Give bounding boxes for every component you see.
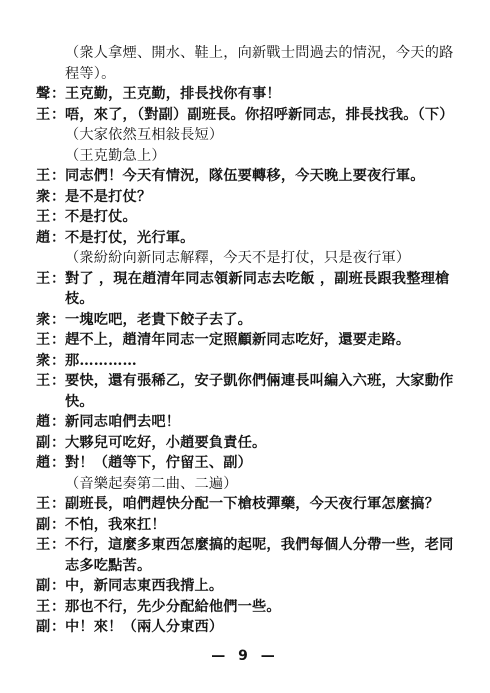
speaker-colon: ： bbox=[51, 330, 65, 351]
dialogue-line: 衆 ： 那………… bbox=[36, 351, 456, 372]
dialogue-text: 中，新同志東西我揹上。 bbox=[65, 576, 223, 597]
dialogue-text: 不行，這麼多東西怎麼搞的起呢，我們每個人分帶一些，老同 bbox=[65, 535, 453, 556]
speaker-colon: ： bbox=[51, 105, 65, 126]
speaker-name: 衆 bbox=[36, 351, 51, 372]
speaker-colon: ： bbox=[51, 412, 65, 433]
speaker-name: 王 bbox=[36, 166, 51, 187]
dialogue-line: 王 ： 同志們！今天有情況，隊伍要轉移，今天晚上要夜行軍。 bbox=[36, 166, 456, 187]
script-body: （衆人拿煙、開水、鞋上，向新戰士問過去的情況，今天的路 程等）。 聲 ： 王克勤… bbox=[36, 43, 456, 638]
dialogue-line: 副 ： 大夥兒可吃好，小趙要負責任。 bbox=[36, 433, 456, 454]
speaker-colon: ： bbox=[51, 433, 65, 454]
speaker-name: 王 bbox=[36, 330, 51, 351]
speaker-colon: ： bbox=[51, 228, 65, 249]
dialogue-line: 副 ： 中！來！（兩人分東西） bbox=[36, 617, 456, 638]
speaker-colon: ： bbox=[51, 166, 65, 187]
stage-direction: （大家依然互相敍長短） bbox=[36, 125, 456, 146]
speaker-colon: ： bbox=[51, 494, 65, 515]
speaker-colon: ： bbox=[51, 453, 65, 474]
dialogue-line: 王 ： 唔，來了，（對副）副班長。你招呼新同志，排長找我。（下） bbox=[36, 105, 456, 126]
speaker-name: 王 bbox=[36, 597, 51, 618]
dialogue-text: 對了 ，現在趙清年同志領新同志去吃飯 ，副班長跟我整理槍 bbox=[65, 269, 449, 290]
stage-direction-text: （衆人拿煙、開水、鞋上，向新戰士問過去的情況，今天的路 bbox=[65, 43, 453, 64]
stage-direction: （音樂起奏第二曲、二遍） bbox=[36, 474, 456, 495]
stage-direction: （衆人拿煙、開水、鞋上，向新戰士問過去的情況，今天的路 bbox=[36, 43, 456, 64]
dialogue-text: 志多吃點苦。 bbox=[65, 556, 151, 577]
stage-direction-text: （王克勤急上） bbox=[65, 146, 166, 167]
dialogue-text: 要快，還有張稀乙，安子凱你們倆連長叫編入六班，大家動作 bbox=[65, 371, 453, 392]
dialogue-text: 一塊吃吧，老貴下餃子去了。 bbox=[65, 310, 252, 331]
speaker-colon: ： bbox=[51, 187, 65, 208]
speaker-colon: ： bbox=[51, 597, 65, 618]
dialogue-line: 王 ： 那也不行，先少分配給他們一些。 bbox=[36, 597, 456, 618]
speaker-name: 趙 bbox=[36, 228, 51, 249]
speaker-colon: ： bbox=[51, 269, 65, 290]
dialogue-text: 新同志咱們去吧！ bbox=[65, 412, 180, 433]
stage-direction-text: （衆紛紛向新同志解釋，今天不是打仗，只是夜行軍） bbox=[65, 248, 410, 269]
stage-direction-text: （大家依然互相敍長短） bbox=[65, 125, 223, 146]
stage-direction: （王克勤急上） bbox=[36, 146, 456, 167]
speaker-colon: ： bbox=[51, 515, 65, 536]
speaker-colon: ： bbox=[51, 617, 65, 638]
stage-direction: （衆紛紛向新同志解釋，今天不是打仗，只是夜行軍） bbox=[36, 248, 456, 269]
speaker-name: 副 bbox=[36, 515, 51, 536]
dialogue-text: 不怕，我來扛！ bbox=[65, 515, 166, 536]
stage-direction: 程等）。 bbox=[36, 64, 456, 85]
dialogue-line: 王 ： 不行，這麼多東西怎麼搞的起呢，我們每個人分帶一些，老同 bbox=[36, 535, 456, 556]
speaker-name: 衆 bbox=[36, 310, 51, 331]
dialogue-line: 王 ： 副班長，咱們趕快分配一下槍枝彈藥，今天夜行軍怎麼搞？ bbox=[36, 494, 456, 515]
speaker-name: 王 bbox=[36, 207, 51, 228]
speaker-colon: ： bbox=[51, 84, 65, 105]
dialogue-line: 王 ： 要快，還有張稀乙，安子凱你們倆連長叫編入六班，大家動作 bbox=[36, 371, 456, 392]
dialogue-text: 大夥兒可吃好，小趙要負責任。 bbox=[65, 433, 266, 454]
dialogue-text: 唔，來了，（對副）副班長。你招呼新同志，排長找我。（下） bbox=[65, 105, 454, 126]
dialogue-text: 不是打仗。 bbox=[65, 207, 137, 228]
dialogue-text: 枝。 bbox=[65, 289, 94, 310]
dialogue-text: 那………… bbox=[65, 351, 137, 372]
dialogue-text: 同志們！今天有情況，隊伍要轉移，今天晚上要夜行軍。 bbox=[65, 166, 425, 187]
dialogue-line: 衆 ： 一塊吃吧，老貴下餃子去了。 bbox=[36, 310, 456, 331]
speaker-name: 王 bbox=[36, 371, 51, 392]
dialogue-continuation: 志多吃點苦。 bbox=[36, 556, 456, 577]
dialogue-line: 趙 ： 不是打仗，光行軍。 bbox=[36, 228, 456, 249]
dialogue-text: 王克勤，王克勤，排長找你有事！ bbox=[65, 84, 281, 105]
dialogue-line: 衆 ： 是不是打仗？ bbox=[36, 187, 456, 208]
dialogue-line: 聲 ： 王克勤，王克勤，排長找你有事！ bbox=[36, 84, 456, 105]
speaker-name: 衆 bbox=[36, 187, 51, 208]
dialogue-line: 副 ： 不怕，我來扛！ bbox=[36, 515, 456, 536]
stage-direction-text: 程等）。 bbox=[65, 64, 115, 85]
dialogue-text: 是不是打仗？ bbox=[65, 187, 151, 208]
dialogue-line: 副 ： 中，新同志東西我揹上。 bbox=[36, 576, 456, 597]
speaker-name: 趙 bbox=[36, 412, 51, 433]
dialogue-text: 對！（趙等下，佇留王、副） bbox=[65, 453, 252, 474]
speaker-name: 聲 bbox=[36, 84, 51, 105]
speaker-name: 趙 bbox=[36, 453, 51, 474]
dialogue-line: 王 ： 對了 ，現在趙清年同志領新同志去吃飯 ，副班長跟我整理槍 bbox=[36, 269, 456, 290]
dialogue-line: 趙 ： 新同志咱們去吧！ bbox=[36, 412, 456, 433]
speaker-name: 王 bbox=[36, 494, 51, 515]
dialogue-text: 不是打仗，光行軍。 bbox=[65, 228, 195, 249]
stage-direction-text: （音樂起奏第二曲、二遍） bbox=[65, 474, 238, 495]
speaker-colon: ： bbox=[51, 310, 65, 331]
speaker-colon: ： bbox=[51, 535, 65, 556]
dialogue-line: 趙 ： 對！（趙等下，佇留王、副） bbox=[36, 453, 456, 474]
page-number: — 9 — bbox=[0, 648, 490, 664]
dialogue-text: 那也不行，先少分配給他們一些。 bbox=[65, 597, 281, 618]
dialogue-continuation: 枝。 bbox=[36, 289, 456, 310]
speaker-name: 王 bbox=[36, 105, 51, 126]
dialogue-line: 王 ： 不是打仗。 bbox=[36, 207, 456, 228]
speaker-colon: ： bbox=[51, 207, 65, 228]
dialogue-line: 王 ： 趕不上，趙清年同志一定照顧新同志吃好，還要走路。 bbox=[36, 330, 456, 351]
dialogue-text: 副班長，咱們趕快分配一下槍枝彈藥，今天夜行軍怎麼搞？ bbox=[65, 494, 439, 515]
speaker-name: 王 bbox=[36, 269, 51, 290]
script-page: （衆人拿煙、開水、鞋上，向新戰士問過去的情況，今天的路 程等）。 聲 ： 王克勤… bbox=[0, 0, 490, 693]
dialogue-text: 趕不上，趙清年同志一定照顧新同志吃好，還要走路。 bbox=[65, 330, 410, 351]
speaker-name: 副 bbox=[36, 433, 51, 454]
dialogue-continuation: 快。 bbox=[36, 392, 456, 413]
speaker-name: 王 bbox=[36, 535, 51, 556]
dialogue-text: 中！來！（兩人分東西） bbox=[65, 617, 223, 638]
speaker-name: 副 bbox=[36, 576, 51, 597]
speaker-colon: ： bbox=[51, 576, 65, 597]
speaker-name: 副 bbox=[36, 617, 51, 638]
speaker-colon: ： bbox=[51, 371, 65, 392]
speaker-colon: ： bbox=[51, 351, 65, 372]
dialogue-text: 快。 bbox=[65, 392, 94, 413]
